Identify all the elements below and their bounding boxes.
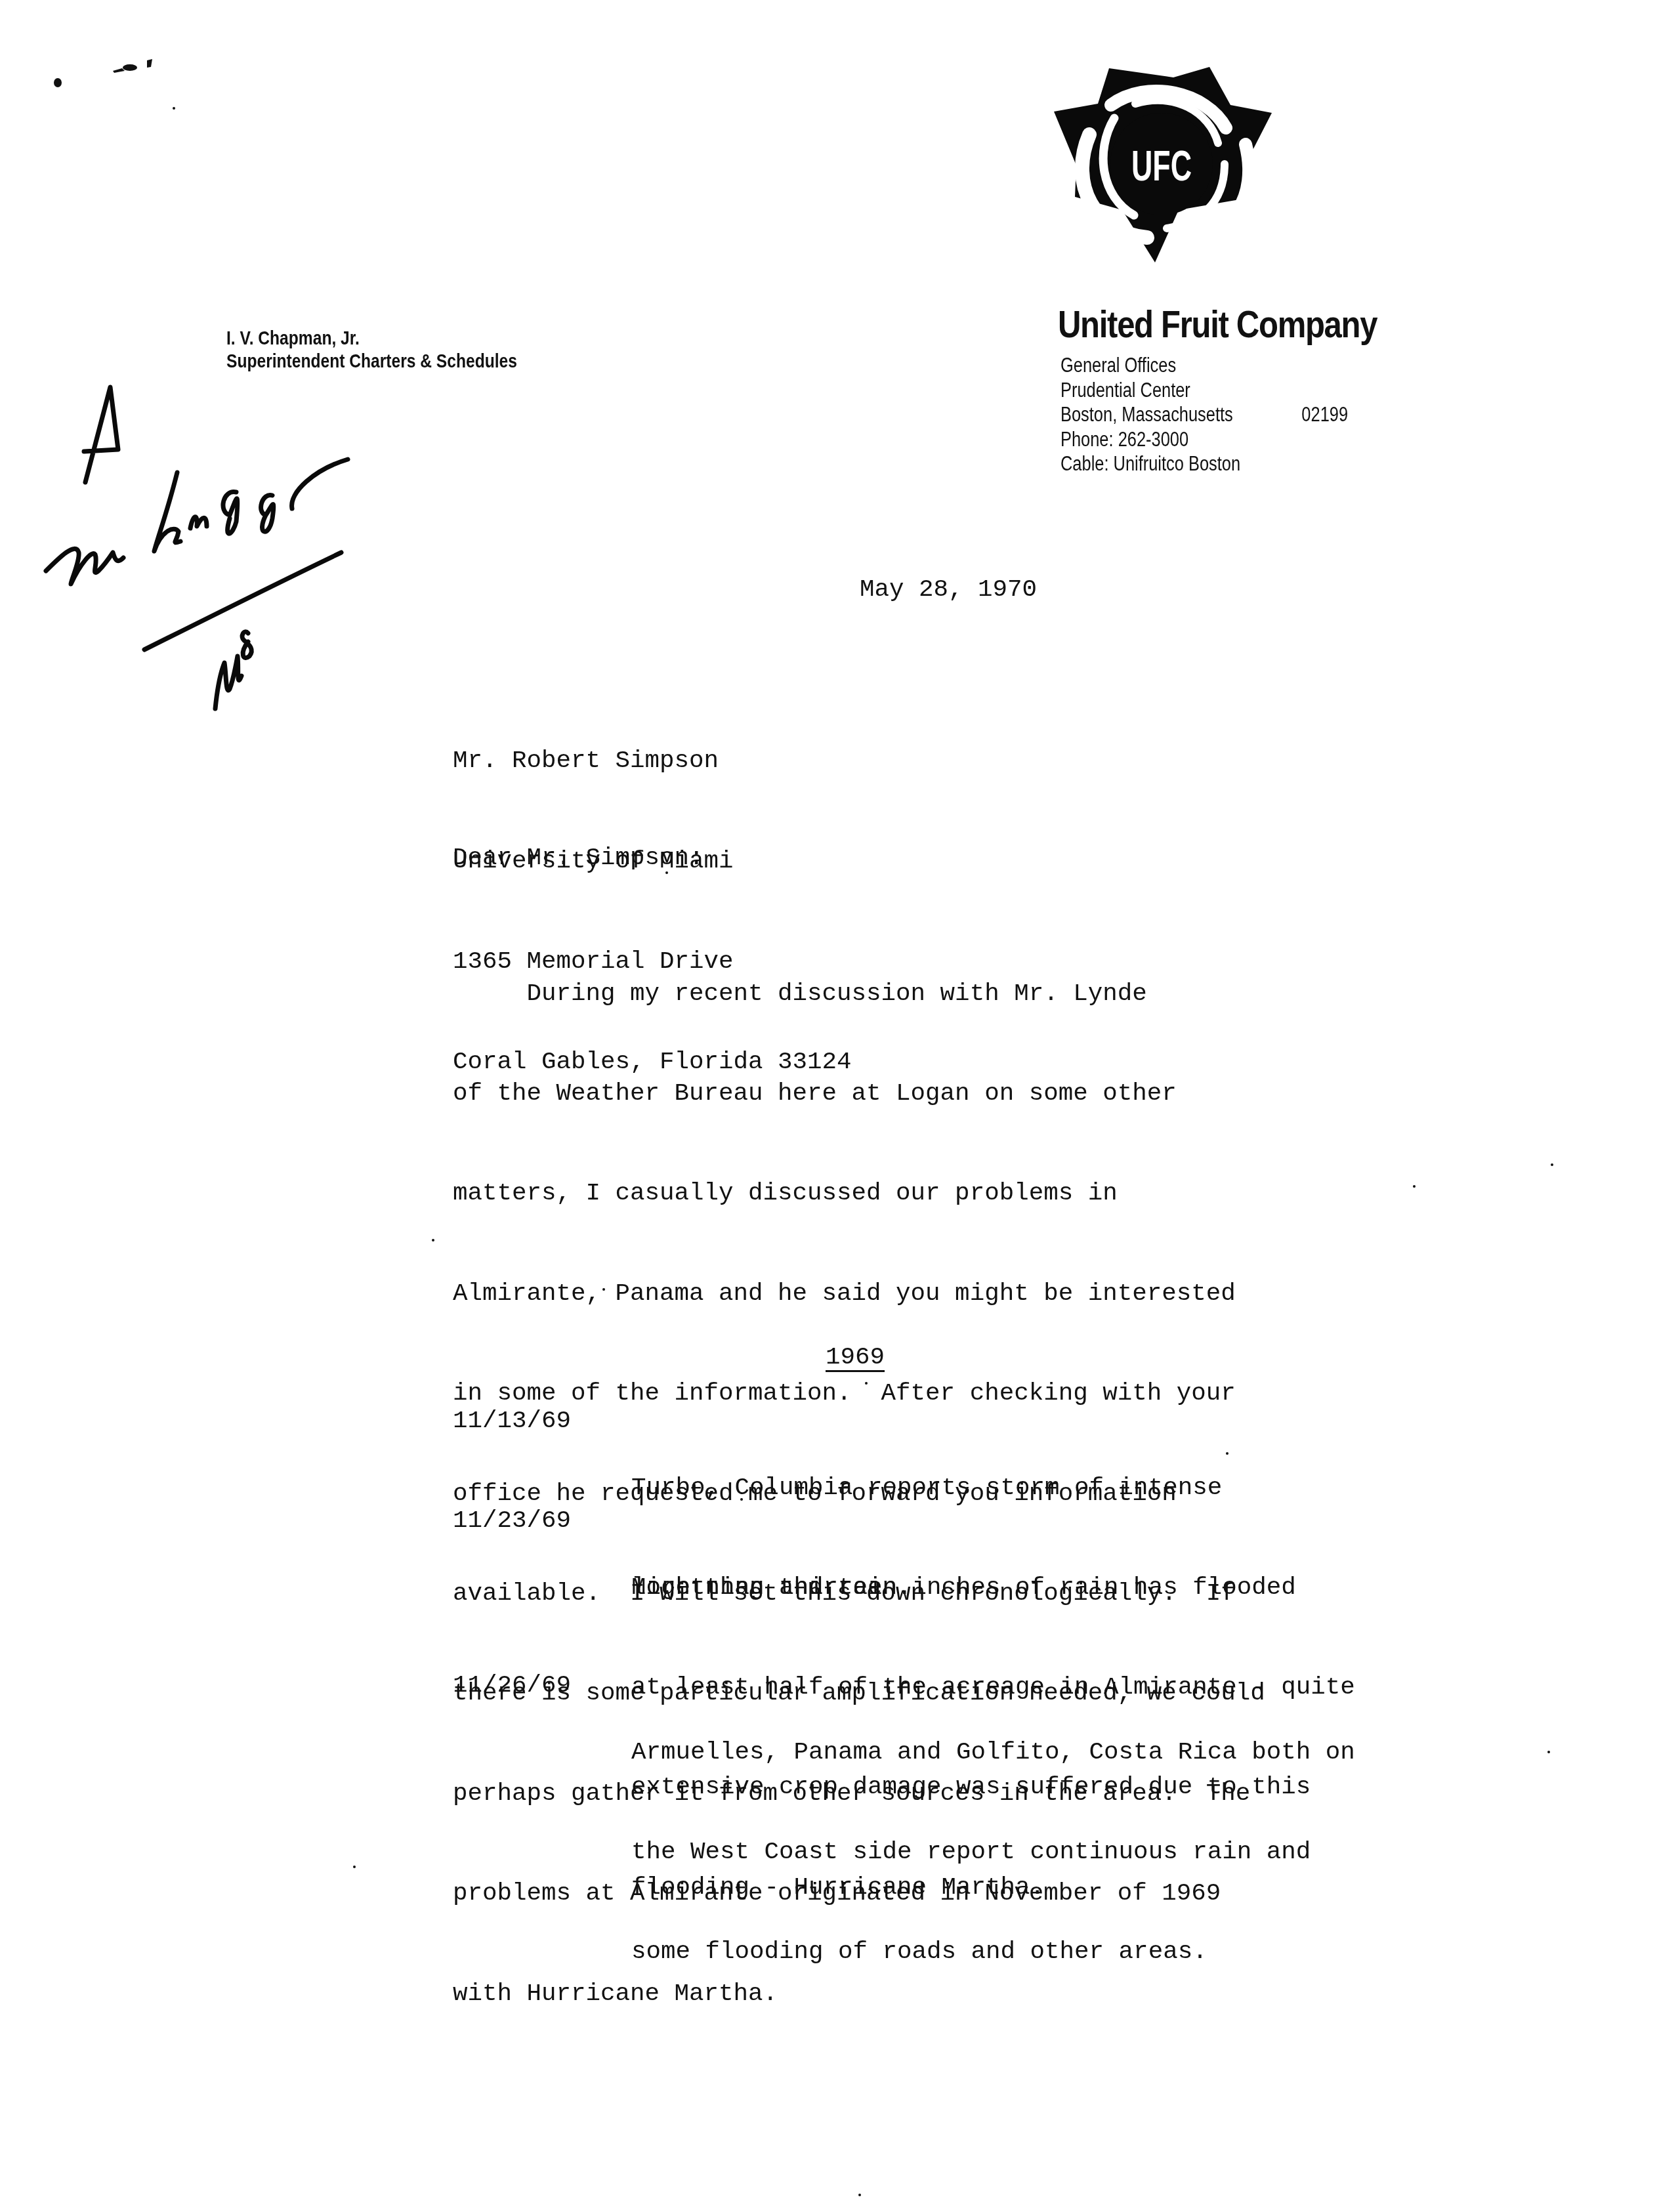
entry-line: Turbo, Columbia reports storm of intense <box>631 1472 1222 1505</box>
entry-text: Armuelles, Panama and Golfito, Costa Ric… <box>631 1669 1355 2036</box>
address-city-row: Boston, Massachusetts 02199 <box>1060 402 1240 427</box>
entry-line: the West Coast side report continuous ra… <box>631 1836 1355 1869</box>
address-line: Boston, Massachusetts <box>1060 403 1233 426</box>
body-line: of the Weather Bureau here at Logan on s… <box>453 1077 1265 1111</box>
sender-title: Superintendent Charters & Schedules <box>226 350 517 373</box>
entry-line: More than thirteen inches of rain has fl… <box>631 1572 1355 1605</box>
chronology-entry: 11/23/69 More than thirteen inches of ra… <box>453 1505 482 1604</box>
entry-date: 11/13/69 <box>453 1405 571 1438</box>
entry-date: 11/26/69 <box>453 1669 571 1703</box>
section-heading-year: 1969 <box>826 1344 885 1371</box>
chronology-entry: 11/26/69 Armuelles, Panama and Golfito, … <box>453 1669 482 1769</box>
chronology-entry: 11/13/69 Turbo, Columbia reports storm o… <box>453 1405 482 1505</box>
body-line: During my recent discussion with Mr. Lyn… <box>453 978 1265 1011</box>
logo-text: UFC <box>1131 142 1192 190</box>
sender-name: I. V. Chapman, Jr. <box>226 327 517 350</box>
address-line: General Offices <box>1060 353 1240 378</box>
entry-line: Armuelles, Panama and Golfito, Costa Ric… <box>631 1736 1355 1770</box>
address-cable: Cable: Unifruitco Boston <box>1060 451 1240 476</box>
entry-line: some flooding of roads and other areas. <box>631 1936 1355 1969</box>
company-address: General Offices Prudential Center Boston… <box>1060 353 1240 476</box>
handwritten-note-icon <box>39 381 394 722</box>
entry-date: 11/23/69 <box>453 1505 571 1538</box>
body-line: matters, I casually discussed our proble… <box>453 1177 1265 1211</box>
body-line: Almirante, Panama and he said you might … <box>453 1278 1265 1311</box>
letter-date: May 28, 1970 <box>860 576 1037 604</box>
ufc-logo-icon: UFC <box>1049 66 1274 266</box>
salutation: Dear Mr. Simpson: <box>453 845 704 872</box>
address-line: Prudential Center <box>1060 378 1240 403</box>
company-name: United Fruit Company <box>1058 303 1377 346</box>
recipient-line: Mr. Robert Simpson <box>453 745 852 778</box>
sender-block: I. V. Chapman, Jr. Superintendent Charte… <box>226 327 517 373</box>
address-phone: Phone: 262-3000 <box>1060 427 1240 452</box>
zip-code: 02199 <box>1301 402 1348 427</box>
